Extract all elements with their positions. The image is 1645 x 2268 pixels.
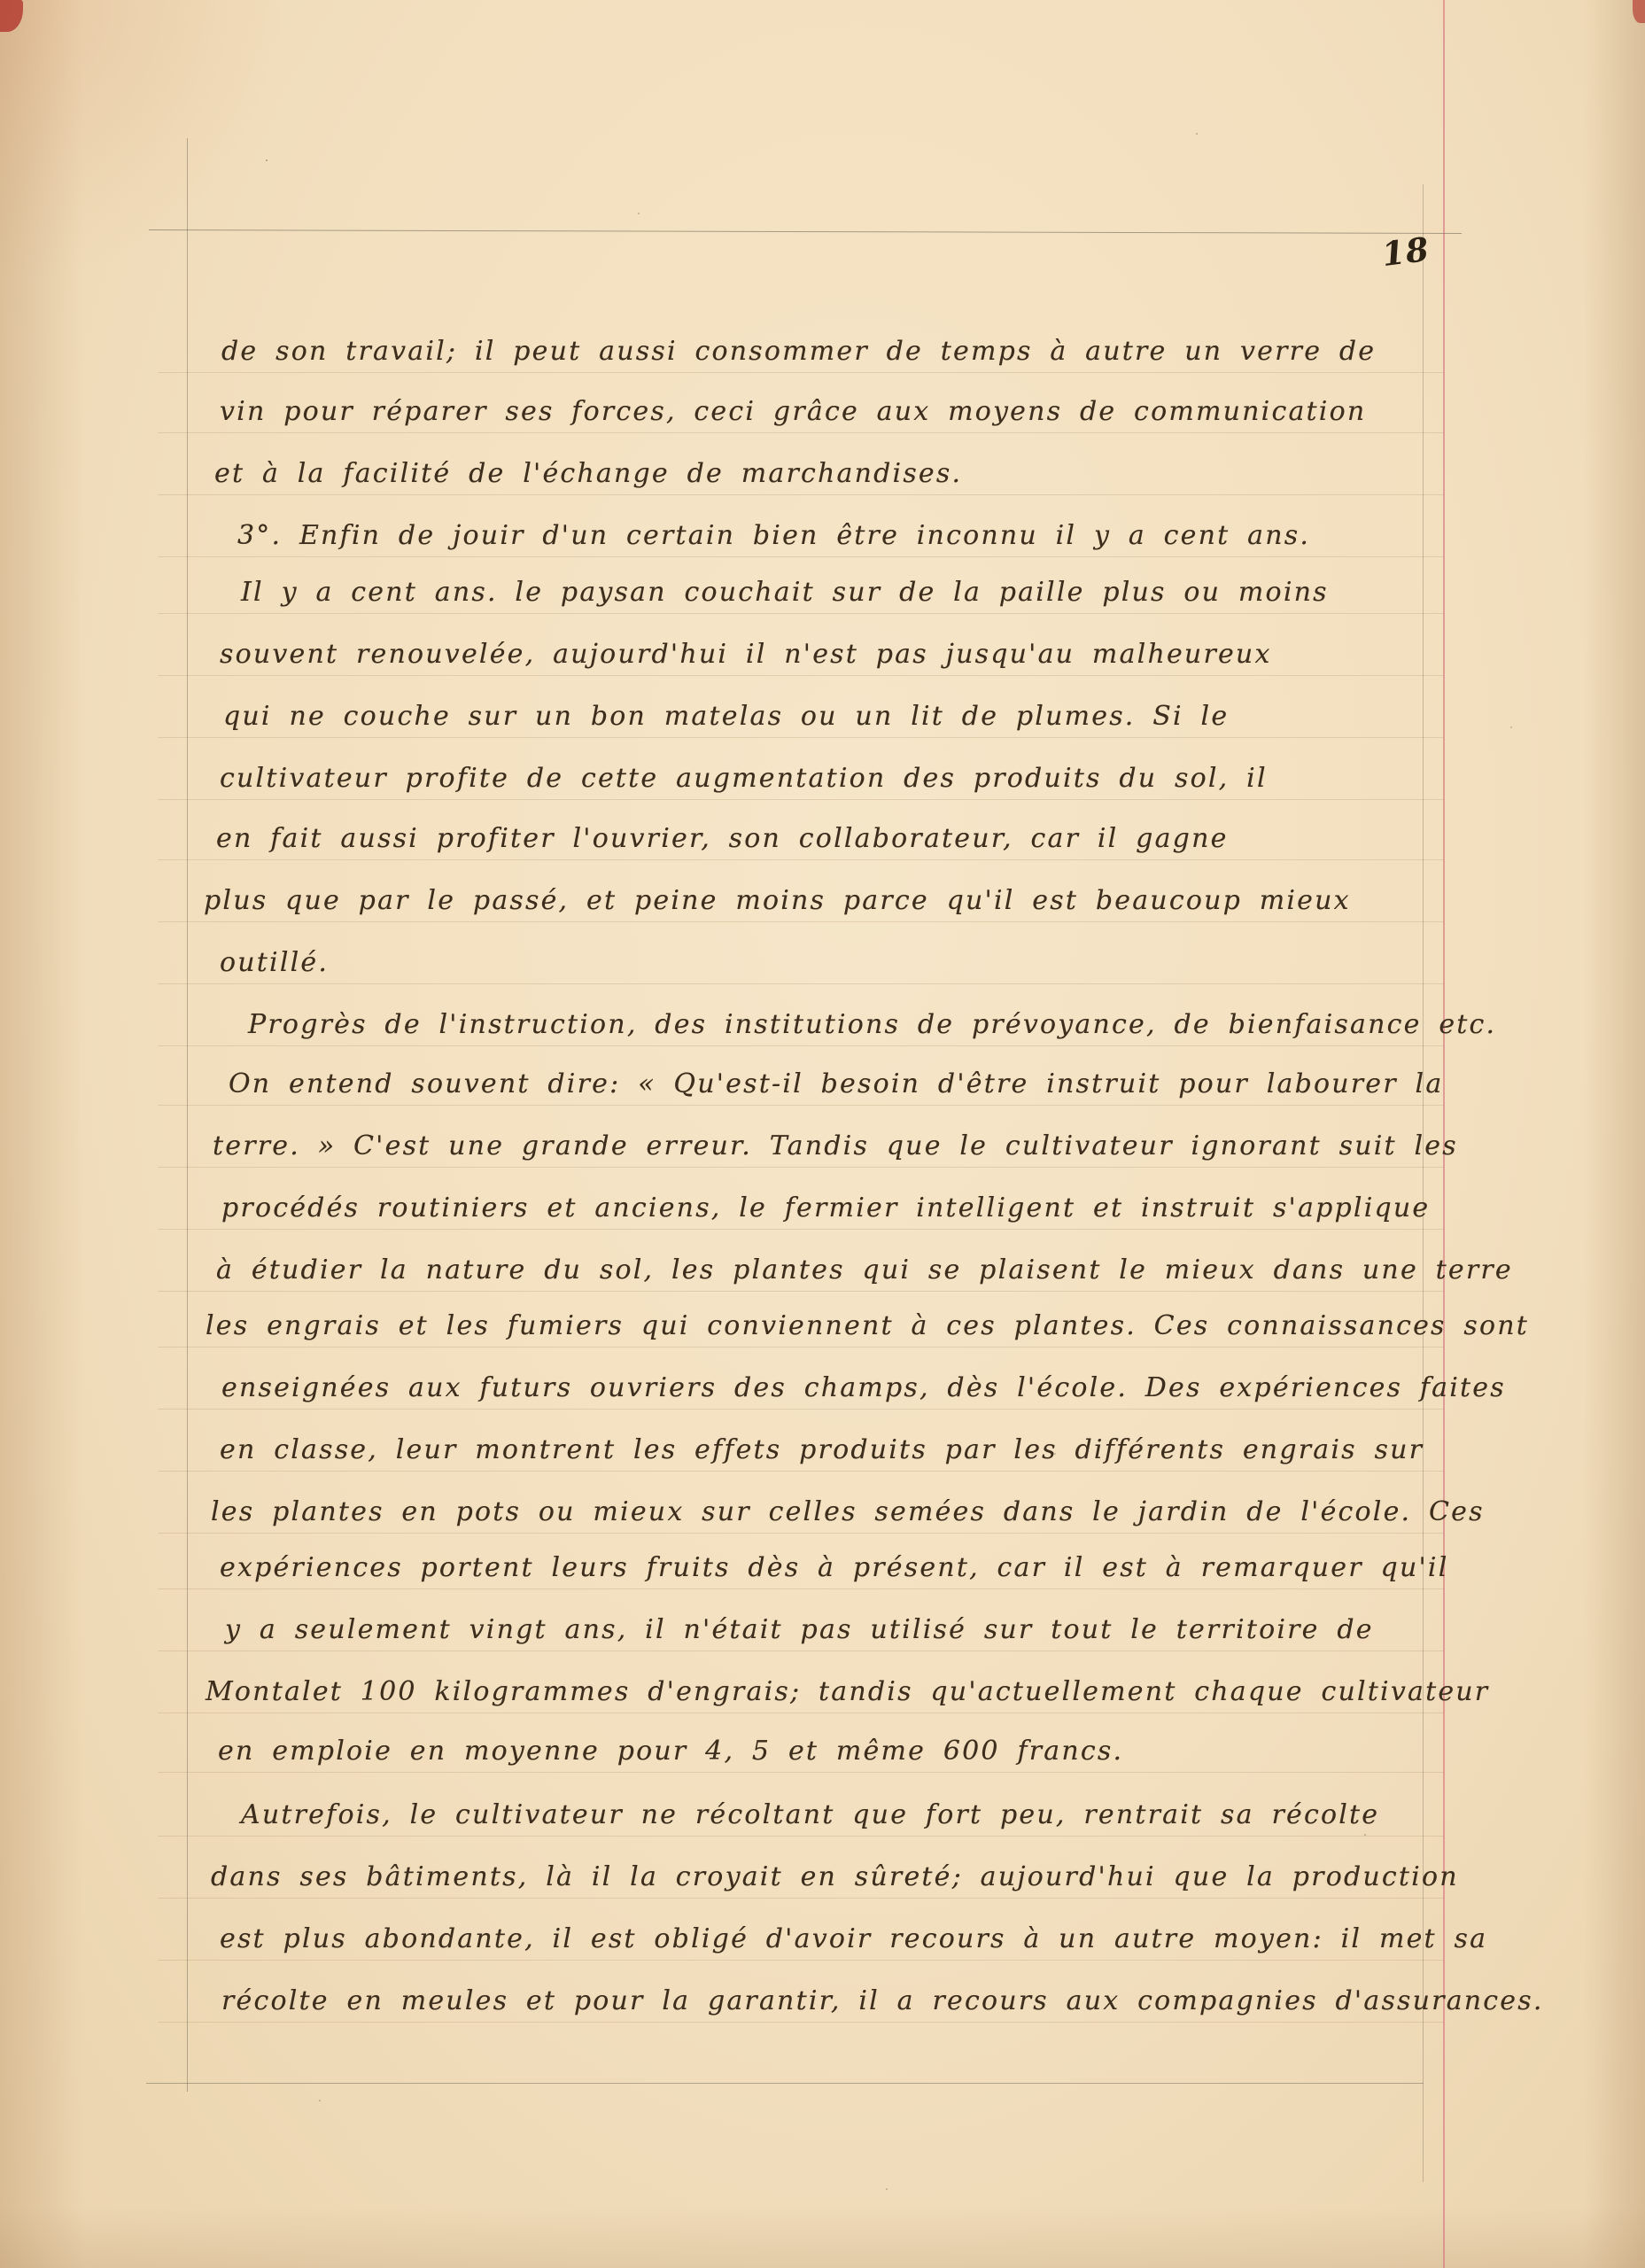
pencil-frame-top-line (149, 229, 1462, 234)
manuscript-line: On entend souvent dire: « Qu'est-il beso… (158, 1063, 1444, 1106)
manuscript-line: les engrais et les fumiers qui convienne… (158, 1305, 1444, 1348)
manuscript-line: à étudier la nature du sol, les plantes … (158, 1249, 1444, 1292)
page-bottom-edge-shading (0, 2206, 1645, 2268)
manuscript-line: de son travail; il peut aussi consommer … (158, 330, 1444, 373)
manuscript-line: récolte en meules et pour la garantir, i… (158, 1980, 1444, 2023)
manuscript-line: qui ne couche sur un bon matelas ou un l… (158, 695, 1444, 738)
page-left-edge-shading (0, 0, 84, 2268)
manuscript-line: en emploie en moyenne pour 4, 5 et même … (158, 1730, 1444, 1773)
manuscript-line: dans ses bâtiments, là il la croyait en … (158, 1856, 1444, 1899)
manuscript-line: outillé. (158, 942, 1444, 984)
red-corner-mark-top-left (0, 0, 23, 32)
manuscript-line: cultivateur profite de cette augmentatio… (158, 757, 1444, 800)
manuscript-line: terre. » C'est une grande erreur. Tandis… (158, 1125, 1444, 1168)
manuscript-line: 3°. Enfin de jouir d'un certain bien êtr… (158, 515, 1444, 557)
manuscript-line: en fait aussi profiter l'ouvrier, son co… (158, 818, 1444, 860)
manuscript-line: Il y a cent ans. le paysan couchait sur … (158, 571, 1444, 614)
manuscript-line: procédés routiniers et anciens, le fermi… (158, 1187, 1444, 1230)
manuscript-page: 18 de son travail; il peut aussi consomm… (0, 0, 1645, 2268)
manuscript-line: y a seulement vingt ans, il n'était pas … (158, 1609, 1444, 1651)
manuscript-line: Progrès de l'instruction, des institutio… (158, 1004, 1444, 1046)
manuscript-line: vin pour réparer ses forces, ceci grâce … (158, 391, 1444, 433)
manuscript-line: Autrefois, le cultivateur ne récoltant q… (158, 1794, 1444, 1837)
page-number: 18 (1379, 225, 1447, 276)
manuscript-line: enseignées aux futurs ouvriers des champ… (158, 1367, 1444, 1410)
manuscript-line: les plantes en pots ou mieux sur celles … (158, 1491, 1444, 1534)
page-right-edge-shading (1583, 0, 1645, 2268)
manuscript-line: est plus abondante, il est obligé d'avoi… (158, 1918, 1444, 1961)
manuscript-line: Montalet 100 kilogrammes d'engrais; tand… (158, 1671, 1444, 1713)
manuscript-line: expériences portent leurs fruits dès à p… (158, 1547, 1444, 1589)
manuscript-line: et à la facilité de l'échange de marchan… (158, 453, 1444, 495)
manuscript-line: en classe, leur montrent les effets prod… (158, 1429, 1444, 1472)
red-corner-mark-top-right (1633, 0, 1645, 23)
manuscript-line: plus que par le passé, et peine moins pa… (158, 880, 1444, 922)
paper-speckles (266, 159, 268, 161)
manuscript-line: souvent renouvelée, aujourd'hui il n'est… (158, 633, 1444, 676)
pencil-frame-bottom-line (146, 2083, 1424, 2084)
